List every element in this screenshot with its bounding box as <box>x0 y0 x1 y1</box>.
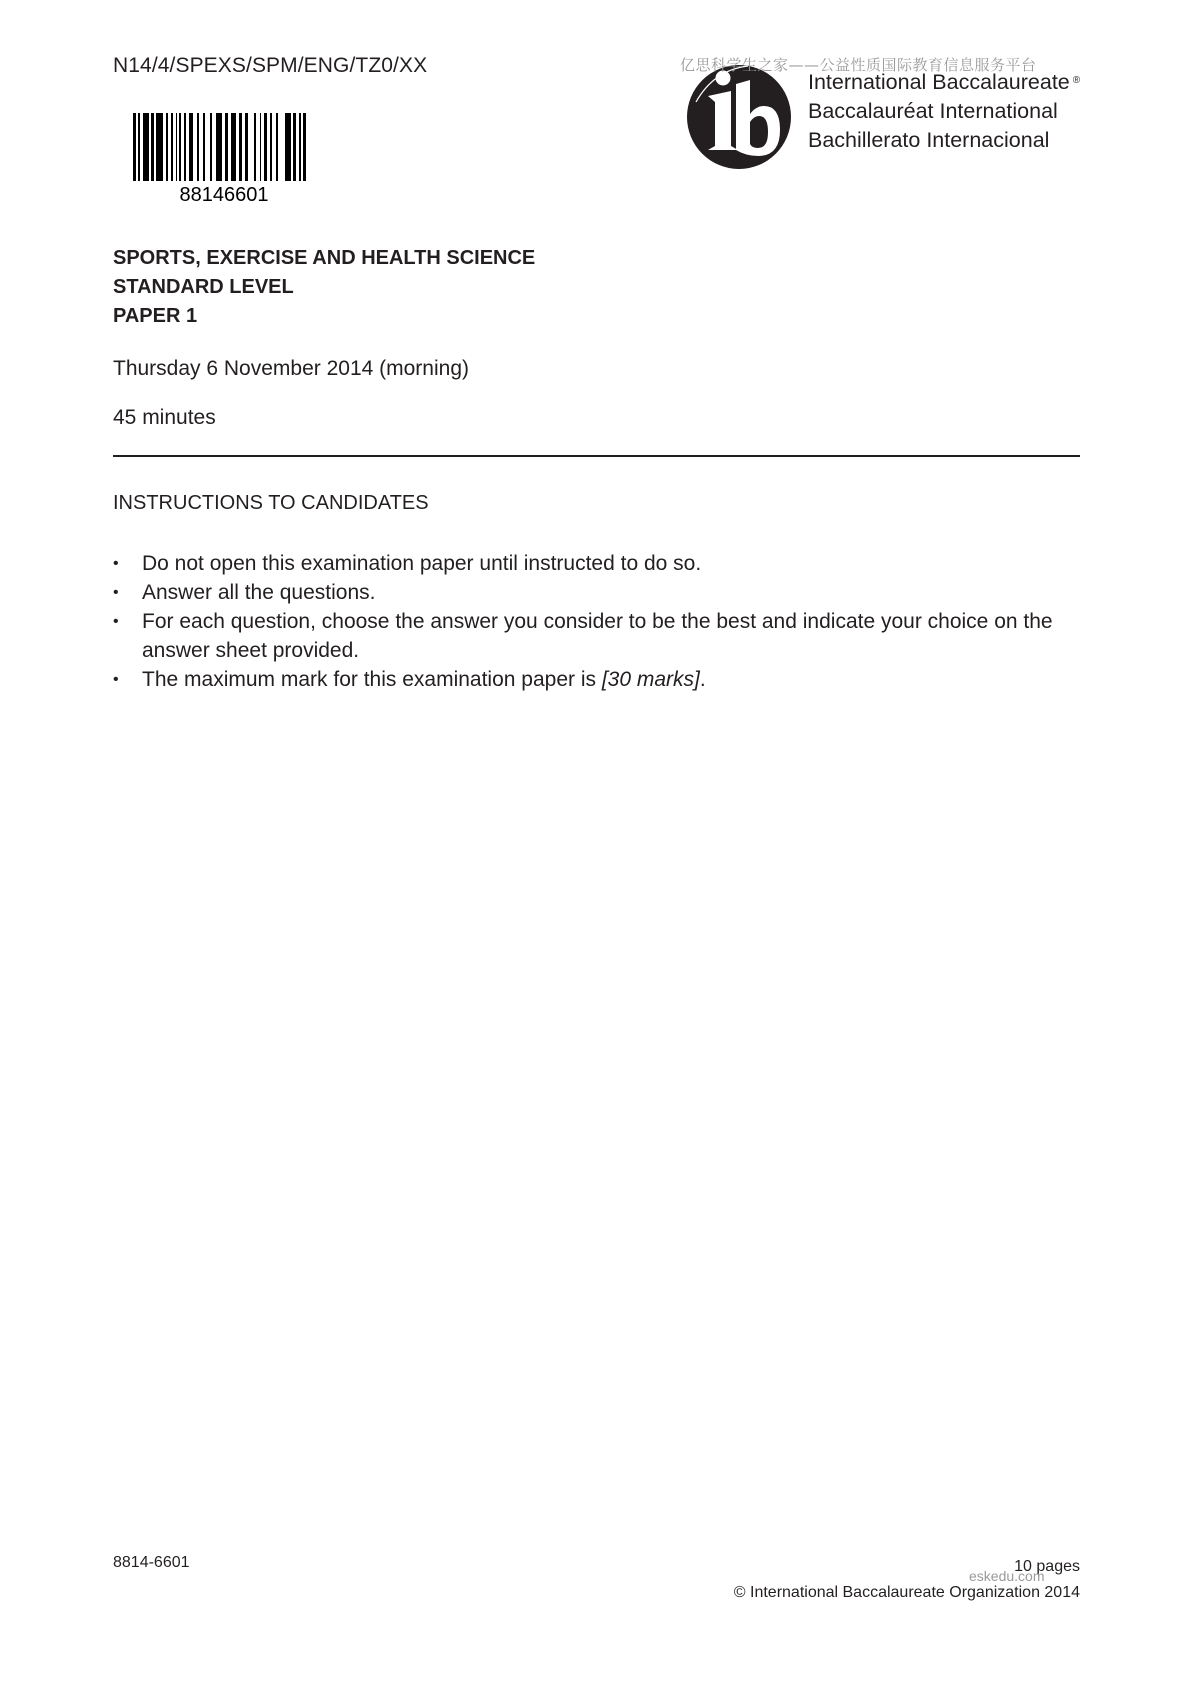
bullet-icon: • <box>113 549 119 578</box>
organization-name-en: International Baccalaureate® <box>808 68 1080 97</box>
exam-paper: PAPER 1 <box>113 302 535 331</box>
list-item: •The maximum mark for this examination p… <box>113 665 1083 694</box>
ib-logo-icon <box>686 64 792 170</box>
registered-mark: ® <box>1073 75 1080 86</box>
list-item: •Answer all the questions. <box>113 578 1083 607</box>
organization-name-fr: Baccalauréat International <box>808 97 1080 126</box>
bullet-icon: • <box>113 665 119 694</box>
exam-level: STANDARD LEVEL <box>113 273 535 302</box>
list-item: •Do not open this examination paper unti… <box>113 549 1083 578</box>
barcode <box>133 113 315 181</box>
list-item: •For each question, choose the answer yo… <box>113 607 1083 665</box>
organization-names: International Baccalaureate® Baccalauréa… <box>808 68 1080 155</box>
instructions-list: •Do not open this examination paper unti… <box>113 549 1083 694</box>
instructions-heading: INSTRUCTIONS TO CANDIDATES <box>113 492 429 515</box>
exam-subject: SPORTS, EXERCISE AND HEALTH SCIENCE <box>113 244 535 273</box>
exam-title: SPORTS, EXERCISE AND HEALTH SCIENCE STAN… <box>113 244 535 331</box>
bullet-icon: • <box>113 578 119 607</box>
barcode-number: 88146601 <box>133 184 315 207</box>
organization-name-es: Bachillerato Internacional <box>808 126 1080 155</box>
exam-duration: 45 minutes <box>113 406 216 430</box>
document-number: 8814-6601 <box>113 1554 190 1572</box>
bullet-icon: • <box>113 607 119 636</box>
divider <box>113 455 1080 457</box>
exam-date: Thursday 6 November 2014 (morning) <box>113 357 469 381</box>
paper-code: N14/4/SPEXS/SPM/ENG/TZ0/XX <box>113 54 427 78</box>
watermark-footer: eskedu.com <box>969 1568 1044 1584</box>
max-marks: [30 marks] <box>602 668 700 691</box>
